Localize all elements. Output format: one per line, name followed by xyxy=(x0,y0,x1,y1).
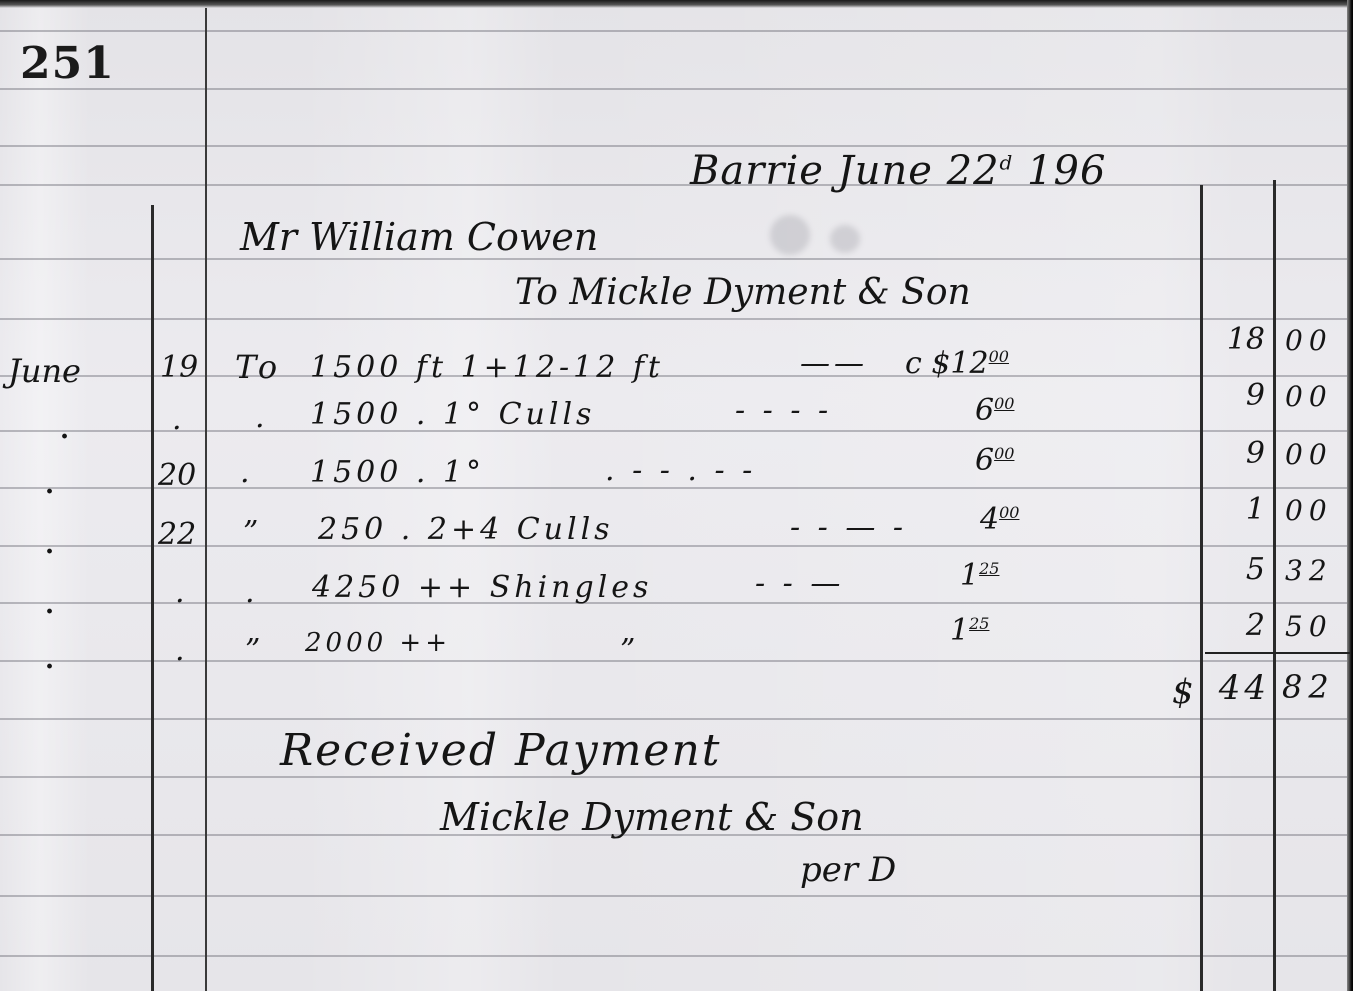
item-rate: c $1200 xyxy=(905,346,1009,381)
item-dollars: 1 xyxy=(1195,492,1265,527)
rate-main: 6 xyxy=(975,393,994,428)
item-rate: 600 xyxy=(975,443,1014,478)
item-dollars: 9 xyxy=(1195,378,1265,413)
place: Barrie xyxy=(690,148,824,194)
ruled-line xyxy=(0,718,1347,720)
ruled-line xyxy=(0,430,1347,432)
item-cents: 50 xyxy=(1285,610,1333,643)
cents-column-rule xyxy=(1273,180,1276,991)
item-leader: - - — - xyxy=(790,510,907,545)
rate-sup: 00 xyxy=(994,444,1014,463)
item-prefix: . xyxy=(240,455,254,490)
item-description: 4250 ++ Shingles xyxy=(312,570,652,605)
rate-sup: 25 xyxy=(969,614,989,633)
ruled-line xyxy=(0,88,1347,90)
item-description: 1500 ft 1+12-12 ft xyxy=(310,350,664,385)
month-ditto: . xyxy=(45,645,54,675)
ruled-line xyxy=(0,602,1347,604)
item-leader: ” xyxy=(620,633,639,668)
item-day: 19 xyxy=(160,350,198,385)
rate-sup: 00 xyxy=(994,394,1014,413)
rate-main: 1 xyxy=(960,558,979,593)
ruled-line xyxy=(0,375,1347,377)
place-and-date: Barrie June 22d 196 xyxy=(690,148,1106,194)
date-column-rule xyxy=(151,205,154,991)
item-rate: 600 xyxy=(975,393,1014,428)
item-rate: 125 xyxy=(950,613,989,648)
item-cents: 00 xyxy=(1285,438,1333,471)
item-description: 2000 ++ xyxy=(305,628,451,658)
receipt-paper: 251 Barrie June 22d 196 Mr William Cowen… xyxy=(0,0,1353,991)
item-prefix: ” xyxy=(243,515,262,550)
item-leader: . - - . - - xyxy=(605,453,756,488)
ruled-line xyxy=(0,258,1347,260)
ruled-line xyxy=(0,145,1347,147)
month-ditto: . xyxy=(45,530,54,560)
item-prefix: . xyxy=(255,400,269,435)
rate-sup: 00 xyxy=(989,347,1009,366)
item-cents: 00 xyxy=(1285,380,1333,413)
from-line: To Mickle Dyment & Son xyxy=(515,272,971,313)
item-day: 20 xyxy=(158,458,196,493)
ruled-line xyxy=(0,776,1347,778)
currency-symbol: $ xyxy=(1172,672,1194,712)
ruled-line xyxy=(0,30,1347,32)
item-dollars: 2 xyxy=(1195,608,1265,643)
received-payment: Received Payment xyxy=(280,725,721,776)
item-leader: —— xyxy=(800,346,868,381)
item-prefix: ” xyxy=(245,633,264,668)
item-leader: - - — xyxy=(755,566,844,601)
addressee: Mr William Cowen xyxy=(240,215,598,259)
rate-sup: 00 xyxy=(999,503,1019,522)
item-description: 1500 . 1° xyxy=(310,455,485,490)
per-initial: per D xyxy=(800,850,896,890)
month-ditto: . xyxy=(45,590,54,620)
margin-rule xyxy=(205,8,207,991)
year: 196 xyxy=(1027,148,1106,194)
item-day: . xyxy=(175,633,185,668)
month-ditto: . xyxy=(45,470,54,500)
item-description: 1500 . 1° Culls xyxy=(310,397,595,432)
item-prefix: To xyxy=(235,348,281,386)
ruled-line xyxy=(0,184,1347,186)
item-description: 250 . 2+4 Culls xyxy=(318,512,614,547)
total-dollars: 44 xyxy=(1200,668,1270,708)
item-rate: 125 xyxy=(960,558,999,593)
page-number-stamp: 251 xyxy=(20,38,115,89)
rate-main: 1 xyxy=(950,613,969,648)
item-dollars: 18 xyxy=(1195,322,1265,357)
ruled-line xyxy=(0,318,1347,320)
rate-main: 4 xyxy=(980,502,999,537)
month-label: June xyxy=(8,352,81,390)
item-day: . xyxy=(172,402,182,437)
top-edge-shadow xyxy=(0,0,1353,8)
ruled-line xyxy=(0,955,1347,957)
date-suffix: d xyxy=(1000,151,1014,175)
right-edge-shadow xyxy=(1347,0,1353,991)
item-day: . xyxy=(175,575,185,610)
total-cents: 82 xyxy=(1282,668,1335,706)
ruled-line xyxy=(0,895,1347,897)
item-rate: 400 xyxy=(980,502,1019,537)
ruled-line xyxy=(0,545,1347,547)
total-rule xyxy=(1205,652,1350,654)
month-ditto: . xyxy=(60,415,69,445)
item-day: 22 xyxy=(158,517,196,552)
date: June 22 xyxy=(838,148,1000,194)
item-dollars: 9 xyxy=(1195,436,1265,471)
item-cents: 00 xyxy=(1285,324,1333,357)
ink-smudge xyxy=(830,225,860,253)
item-prefix: . xyxy=(245,575,259,610)
item-cents: 32 xyxy=(1285,554,1333,587)
signature: Mickle Dyment & Son xyxy=(440,795,864,839)
dollars-column-rule xyxy=(1200,185,1203,991)
ruled-line xyxy=(0,660,1347,662)
rate-sup: 25 xyxy=(979,559,999,578)
ink-smudge xyxy=(770,215,810,255)
item-leader: - - - - xyxy=(735,393,832,428)
rate-main: c $12 xyxy=(905,346,989,381)
item-dollars: 5 xyxy=(1195,552,1265,587)
rate-main: 6 xyxy=(975,443,994,478)
item-cents: 00 xyxy=(1285,494,1333,527)
